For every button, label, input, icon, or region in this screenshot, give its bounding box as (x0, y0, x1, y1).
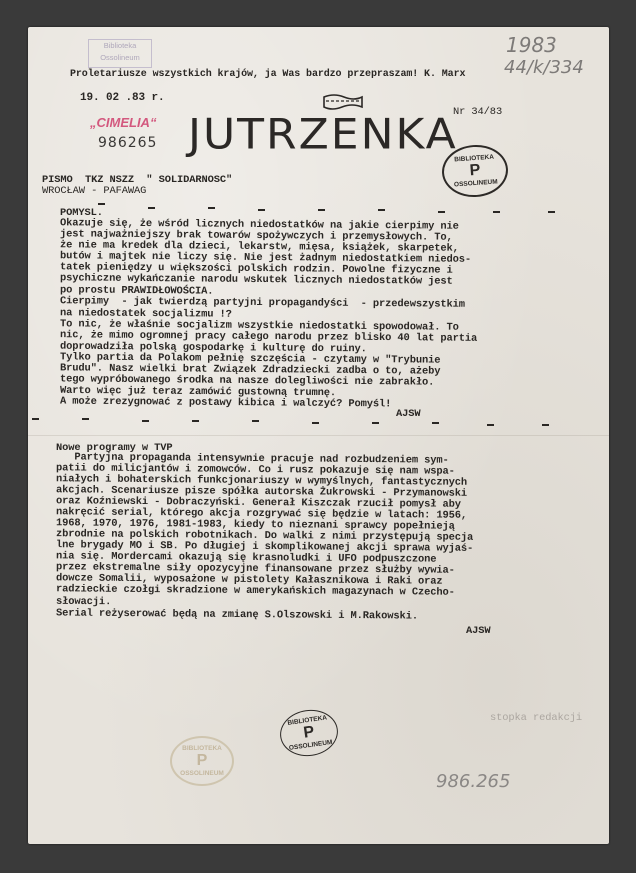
handwritten-bottom-number: 986.265 (436, 771, 510, 792)
stamp-glyph-icon: P (197, 753, 208, 769)
handwritten-year: 1983 (506, 33, 557, 57)
dash-separator (32, 412, 592, 426)
article-2: Nowe programy w TVP Partyjna propaganda … (56, 442, 81, 658)
cimelia-stamp: „CIMELIA“ (90, 115, 156, 130)
motto-line: Proletariusze wszystkich krajów, ja Was … (70, 69, 465, 80)
flag-icon (322, 93, 364, 111)
article-2-line: Serial reżyserować będą na zmianę S.Olsz… (56, 607, 418, 622)
faded-library-stamp: BIBLIOTEKA P OSSOLINEUM (170, 736, 234, 786)
faint-text: stopka redakcji (490, 712, 582, 724)
masthead-title: JUTRZENKA (188, 110, 458, 158)
document-page: Biblioteka Ossolineum 1983 44/k/334 Prol… (28, 27, 609, 844)
stamp-line: Ossolineum (89, 52, 151, 64)
library-stamp-top: Biblioteka Ossolineum (88, 39, 152, 68)
stamp-line: Biblioteka (89, 40, 151, 52)
stamp-text-bottom: OSSOLINEUM (180, 769, 224, 778)
article-2-signature: AJSW (466, 625, 491, 637)
handwritten-reference: 44/k/334 (504, 57, 584, 78)
stamp-text-bottom: OSSOLINEUM (288, 738, 333, 753)
issue-date: 19. 02 .83 r. (80, 92, 165, 104)
publisher-line-2: WROCŁAW - PAFAWAG (42, 185, 146, 197)
stamp-text-bottom: OSSOLINEUM (454, 177, 498, 189)
stamp-glyph-icon: P (303, 724, 316, 741)
paper-fold (28, 435, 609, 436)
stamp-glyph-icon: P (469, 163, 481, 180)
article-1: POMYSL. Okazuje się, że wśród licznych n… (60, 207, 85, 447)
article-1-line: A może zrezygnować z postawy kibica i wa… (60, 396, 391, 411)
article-2-line: radzieckie czołgi skradzione w amerykańs… (56, 583, 455, 598)
accession-number: 986265 (98, 135, 157, 151)
dash-separator (98, 201, 578, 211)
article-2-line: słowacji. (56, 596, 111, 608)
library-oval-stamp-bottom: BIBLIOTEKA P OSSOLINEUM (277, 706, 341, 760)
issue-number: Nr 34/83 (453, 106, 502, 118)
